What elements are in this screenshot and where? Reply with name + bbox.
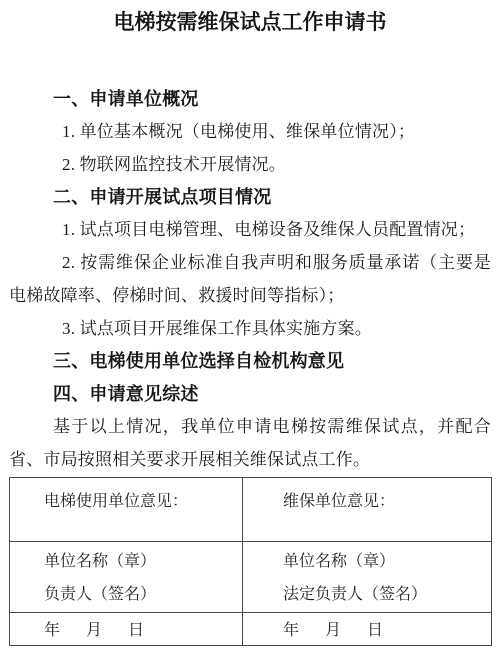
section-heading-2: 二、申请开展试点项目情况 bbox=[9, 181, 491, 214]
use-unit-signer-label: 负责人（签名） bbox=[44, 578, 241, 611]
list-item: 3. 试点项目开展维保工作具体实施方案。 bbox=[9, 313, 491, 346]
maintenance-unit-opinion-label: 维保单位意见： bbox=[283, 493, 395, 510]
maintenance-unit-date-cell: 年 月 日 bbox=[243, 612, 492, 645]
maintenance-unit-signature-cell: 单位名称（章） 法定负责人（签名） bbox=[243, 541, 492, 612]
summary-paragraph: 基于以上情况，我单位申请电梯按需维保试点，并配合 bbox=[9, 411, 491, 444]
table-row-dates: 年 月 日 年 月 日 bbox=[10, 612, 492, 645]
maintenance-unit-name-label: 单位名称（章） bbox=[283, 545, 490, 578]
list-item: 1. 单位基本概况（电梯使用、维保单位情况）； bbox=[9, 116, 491, 149]
table-row-opinions: 电梯使用单位意见： 维保单位意见： bbox=[10, 477, 492, 541]
maintenance-unit-date-label: 年 月 日 bbox=[283, 622, 388, 639]
list-item-continuation: 电梯故障率、停梯时间、救援时间等指标）； bbox=[9, 280, 491, 313]
use-unit-date-label: 年 月 日 bbox=[44, 622, 149, 639]
application-form-page: 电梯按需维保试点工作申请书 一、申请单位概况 1. 单位基本概况（电梯使用、维保… bbox=[0, 8, 500, 651]
section-heading-4: 四、申请意见综述 bbox=[9, 378, 491, 411]
table-row-signatures: 单位名称（章） 负责人（签名） 单位名称（章） 法定负责人（签名） bbox=[10, 541, 492, 612]
use-unit-date-cell: 年 月 日 bbox=[10, 612, 243, 645]
section-heading-3: 三、电梯使用单位选择自检机构意见 bbox=[9, 345, 491, 378]
document-body: 一、申请单位概况 1. 单位基本概况（电梯使用、维保单位情况）； 2. 物联网监… bbox=[9, 83, 491, 477]
list-item: 2. 物联网监控技术开展情况。 bbox=[9, 149, 491, 182]
section-heading-1: 一、申请单位概况 bbox=[9, 83, 491, 116]
signature-table: 电梯使用单位意见： 维保单位意见： 单位名称（章） 负责人（签名） 单位名称（章… bbox=[9, 477, 492, 646]
maintenance-unit-signer-label: 法定负责人（签名） bbox=[283, 578, 490, 611]
summary-paragraph-continuation: 省、市局按照相关要求开展相关维保试点工作。 bbox=[9, 444, 491, 477]
maintenance-unit-opinion-cell: 维保单位意见： bbox=[243, 477, 492, 541]
list-item: 1. 试点项目电梯管理、电梯设备及维保人员配置情况； bbox=[9, 214, 491, 247]
use-unit-opinion-label: 电梯使用单位意见： bbox=[44, 493, 188, 510]
list-item: 2. 按需维保企业标准自我声明和服务质量承诺（主要是 bbox=[9, 247, 491, 280]
use-unit-signature-cell: 单位名称（章） 负责人（签名） bbox=[10, 541, 243, 612]
use-unit-opinion-cell: 电梯使用单位意见： bbox=[10, 477, 243, 541]
document-title: 电梯按需维保试点工作申请书 bbox=[9, 8, 491, 38]
use-unit-name-label: 单位名称（章） bbox=[44, 545, 241, 578]
